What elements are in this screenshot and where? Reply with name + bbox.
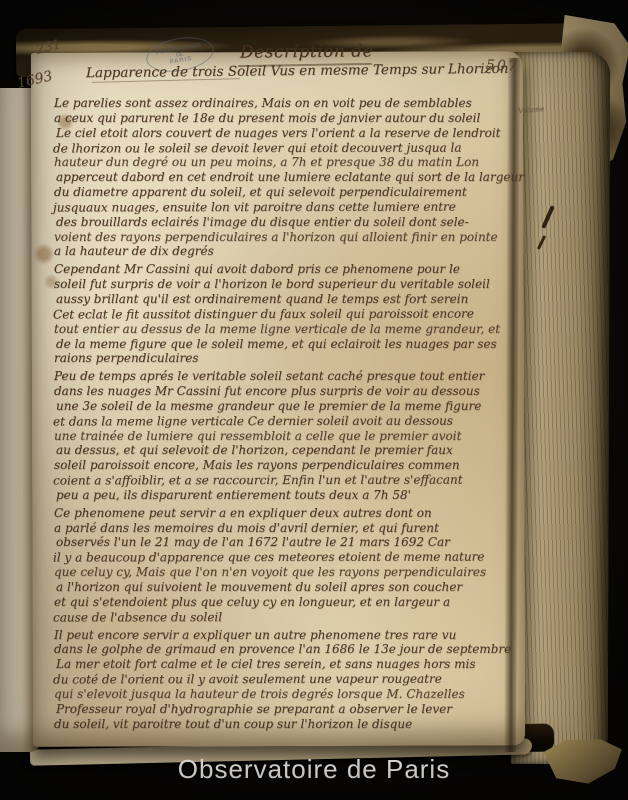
photo-caption: Observatoire de Paris [0, 754, 628, 785]
manuscript-line: Peu de temps aprés le veritable soleil s… [54, 369, 526, 384]
manuscript-paragraph: Peu de temps aprés le veritable soleil s… [54, 369, 526, 503]
manuscript-line: il y a beaucoup d'apparence que ces mete… [53, 550, 526, 566]
manuscript-line: a ceux qui parurent le 18e du present mo… [54, 111, 526, 126]
manuscript-line: des brouillards eclairés l'image du disq… [56, 215, 526, 230]
manuscript-line: a parlé dans les memoires du mois d'avri… [54, 521, 526, 536]
manuscript-line: soleil paroissoit encore, Mais les rayon… [54, 458, 526, 473]
manuscript-title-line1: Description de [240, 41, 373, 62]
manuscript-line: et qui s'etendoient plus que celuy cy en… [54, 595, 526, 610]
manuscript-line: Il peut encore servir a expliquer un aut… [54, 628, 526, 643]
manuscript-line: qui s'elevoit jusqua la hauteur de trois… [54, 687, 526, 702]
manuscript-line: du diametre apparent du soleil, et qui s… [54, 185, 526, 200]
manuscript-line: dans le golphe de grimaud en provence l'… [54, 642, 526, 657]
manuscript-paragraph: Cependant Mr Cassini qui avoit dabord pr… [54, 262, 526, 366]
manuscript-line: hauteur dun degré ou un peu moins, a 7h … [54, 155, 526, 170]
manuscript-line: du soleil, vit paroitre tout d'un coup s… [54, 717, 526, 732]
manuscript-line: Professeur royal d'hydrographie se prepa… [56, 702, 526, 717]
manuscript-line: et dans la meme ligne verticale Ce derni… [53, 413, 526, 429]
manuscript-line: Ce phenomene peut servir a en expliquer … [54, 506, 526, 521]
manuscript-line: apperceut dabord en cet endroit une lumi… [56, 170, 526, 185]
manuscript-paragraph: Le parelies sont assez ordinaires, Mais … [54, 96, 526, 259]
manuscript-line: raions perpendiculaires [54, 351, 526, 366]
manuscript-line: voient des rayons perpendiculaires a l'h… [54, 230, 526, 245]
manuscript-line: aussy brillant qu'il est ordinairement q… [56, 292, 526, 307]
manuscript-paragraph: Ce phenomene peut servir a en expliquer … [54, 506, 526, 625]
manuscript-line: a l'horizon qui suivoient le mouvement d… [56, 580, 526, 595]
manuscript-line: de lhorizon ou le soleil se devoit lever… [53, 140, 526, 156]
manuscript-text: Le parelies sont assez ordinaires, Mais … [54, 96, 526, 731]
manuscript-line: observés l'un le 21 may de l'an 1672 l'a… [56, 535, 526, 550]
manuscript-line: dans les nuages Mr Cassini fut encore pl… [54, 384, 526, 399]
manuscript-line: au dessus, et qui selevoit de l'horizon,… [56, 443, 526, 458]
manuscript-photograph: 231 1693 507 Volume OBSERVATOIRE DE PARI… [0, 0, 628, 800]
manuscript-line: tout entier au dessus de la meme ligne v… [54, 322, 526, 337]
manuscript-line: cause de l'absence du soleil [53, 609, 526, 625]
manuscript-line: que celuy cy, Mais que l'on n'en voyoit … [54, 565, 526, 580]
manuscript-line: du coté de l'orient ou il y avoit seulem… [53, 672, 526, 688]
manuscript-line: de la meme figure que le soleil meme, et… [56, 337, 526, 352]
manuscript-line: soleil fut surpris de voir a l'horizon l… [54, 277, 526, 292]
manuscript-line: Cependant Mr Cassini qui avoit dabord pr… [54, 262, 526, 277]
manuscript-paragraph: Il peut encore servir a expliquer un aut… [54, 628, 526, 732]
manuscript-line: Le parelies sont assez ordinaires, Mais … [54, 96, 526, 111]
manuscript-line: une trainée de lumiere qui ressembloit a… [54, 429, 526, 444]
manuscript-line: une 3e soleil de la mesme grandeur que l… [56, 399, 526, 414]
manuscript-line: coient a s'affoiblir, et a se raccourcir… [53, 473, 526, 489]
manuscript-line: a la hauteur de dix degrés [54, 244, 526, 259]
manuscript-line: jusquaux nuages, ensuite lon vit paroitr… [53, 199, 526, 215]
manuscript-line: peu a peu, ils disparurent entierement t… [56, 488, 526, 503]
manuscript-line: Le ciel etoit alors couvert de nuages ve… [56, 126, 526, 141]
manuscript-line: Cet eclat le fit aussitot distinguer du … [53, 306, 526, 322]
manuscript-line: La mer etoit fort calme et le ciel tres … [56, 657, 526, 672]
